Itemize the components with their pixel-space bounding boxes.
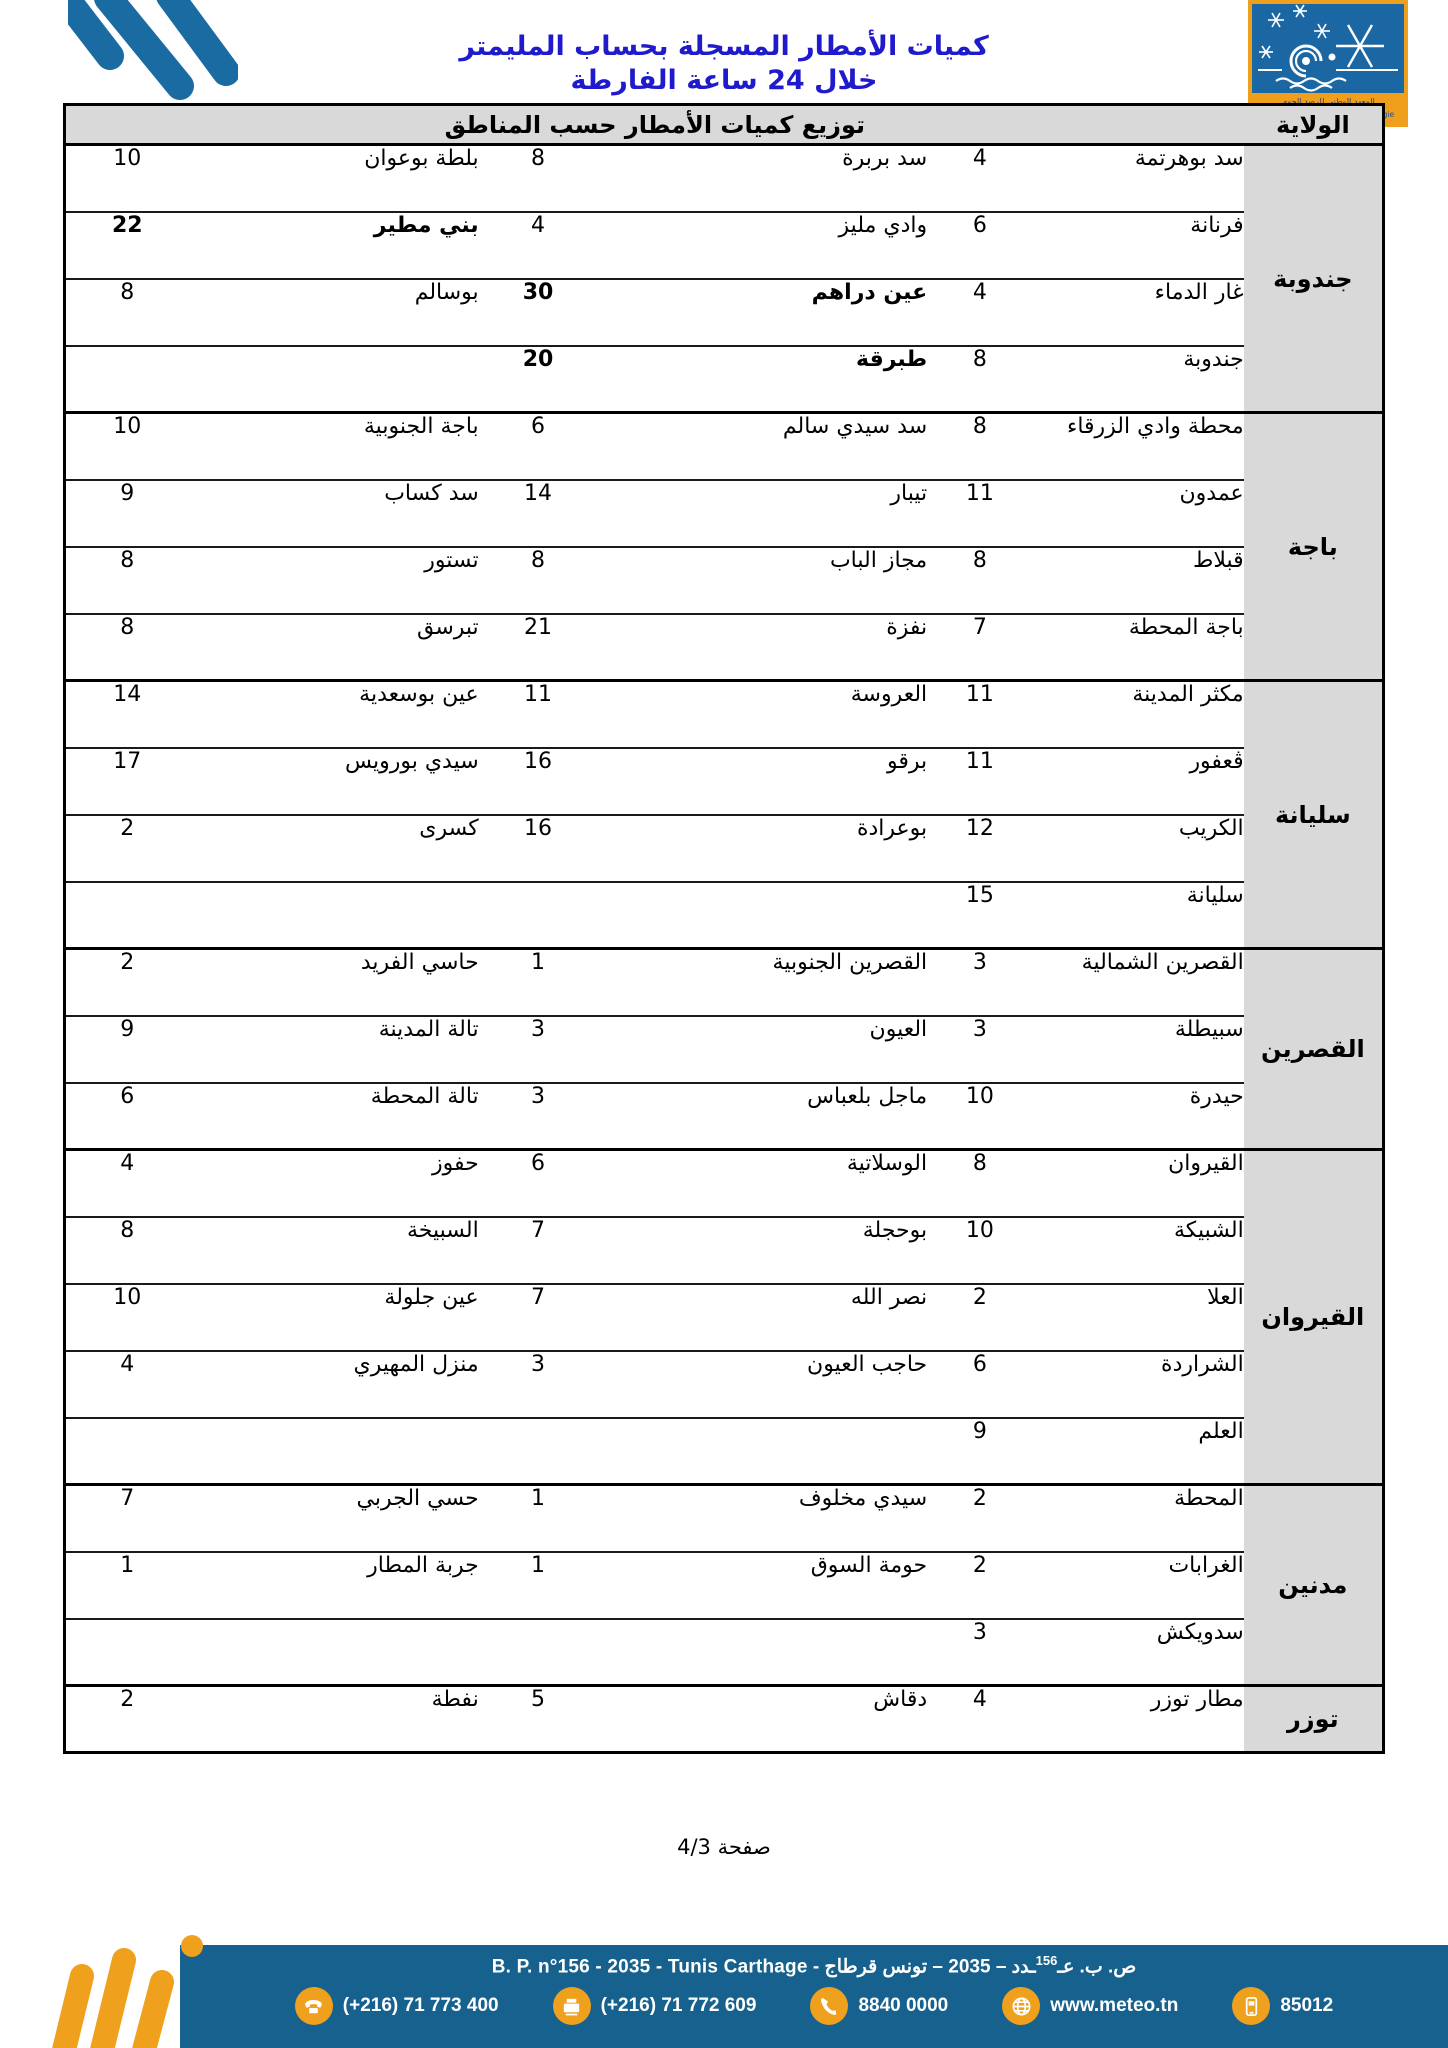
wilaya-cell: سليانة	[1244, 681, 1384, 949]
station-cell: العروسة	[597, 681, 927, 748]
station-cell	[189, 1418, 479, 1485]
contact-item: 8840 0000	[810, 1987, 948, 2025]
station-cell: تالة المحطة	[189, 1083, 479, 1150]
rainfall-value-cell: 17	[65, 748, 189, 815]
rainfall-value-cell	[65, 346, 189, 413]
table-row: سليانةمكثر المدينة11العروسة11عين بوسعدية…	[65, 681, 1384, 748]
station-cell: ڨعفور	[1033, 748, 1244, 815]
station-cell: تستور	[189, 547, 479, 614]
rainfall-value-cell: 3	[479, 1083, 598, 1150]
station-cell: وادي مليز	[597, 212, 927, 279]
station-cell: سد كساب	[189, 480, 479, 547]
station-cell: غار الدماء	[1033, 279, 1244, 346]
rainfall-value-cell: 1	[479, 949, 598, 1016]
document-page: كميات الأمطار المسجلة بحساب المليمتر خلا…	[0, 0, 1448, 2048]
rainfall-value-cell: 15	[927, 882, 1033, 949]
station-cell: حاسي الفريد	[189, 949, 479, 1016]
rainfall-value-cell: 21	[479, 614, 598, 681]
rainfall-value-cell: 30	[479, 279, 598, 346]
rainfall-value-cell: 6	[927, 212, 1033, 279]
station-cell: عين جلولة	[189, 1284, 479, 1351]
station-cell: سبيطلة	[1033, 1016, 1244, 1083]
rainfall-value-cell: 4	[927, 279, 1033, 346]
rainfall-value-cell: 10	[65, 1284, 189, 1351]
rainfall-value-cell	[65, 882, 189, 949]
rainfall-value-cell: 3	[479, 1016, 598, 1083]
station-cell: بوعرادة	[597, 815, 927, 882]
rainfall-value-cell: 8	[479, 547, 598, 614]
contact-item: 85012	[1232, 1987, 1333, 2025]
station-cell: الغرابات	[1033, 1552, 1244, 1619]
footer-stripes-logo	[40, 1922, 230, 2048]
address-line: ص. ب. عـ156ـدد – 2035 – تونس قرطاج - B. …	[180, 1953, 1448, 1978]
station-cell: بوحجلة	[597, 1217, 927, 1284]
rainfall-value-cell: 4	[65, 1150, 189, 1217]
rainfall-value-cell: 11	[927, 681, 1033, 748]
station-cell: نفطة	[189, 1686, 479, 1753]
station-cell: جندوبة	[1033, 346, 1244, 413]
mobile-icon	[1232, 1987, 1270, 2025]
table-row: القيروانالقيروان8الوسلاتية6حفوز4	[65, 1150, 1384, 1217]
table-row: الشراردة6حاجب العيون3منزل المهيري4	[65, 1351, 1384, 1418]
station-cell	[597, 1418, 927, 1485]
table-row: قبلاط8مجاز الباب8تستور8	[65, 547, 1384, 614]
rainfall-value-cell: 14	[479, 480, 598, 547]
rainfall-value-cell: 16	[479, 815, 598, 882]
contact-text: (+216) 71 773 400	[343, 1995, 499, 2017]
table-header-row: الولاية توزيع كميات الأمطار حسب المناطق	[65, 105, 1384, 145]
rainfall-value-cell: 2	[65, 815, 189, 882]
rainfall-value-cell: 8	[65, 279, 189, 346]
station-cell: بني مطير	[189, 212, 479, 279]
globe-icon	[1002, 1987, 1040, 2025]
rainfall-value-cell: 10	[927, 1083, 1033, 1150]
table-row: العلم9	[65, 1418, 1384, 1485]
station-cell: طبرقة	[597, 346, 927, 413]
address-latin: B. P. n°156 - 2035 - Tunis Carthage	[492, 1956, 808, 1977]
station-cell: نفزة	[597, 614, 927, 681]
contact-item: www.meteo.tn	[1002, 1987, 1178, 2025]
station-cell: القيروان	[1033, 1150, 1244, 1217]
rainfall-value-cell: 2	[927, 1284, 1033, 1351]
station-cell: ماجل بلعباس	[597, 1083, 927, 1150]
rainfall-value-cell	[479, 1619, 598, 1686]
rainfall-value-cell: 14	[65, 681, 189, 748]
rainfall-value-cell: 10	[927, 1217, 1033, 1284]
rainfall-value-cell: 8	[65, 547, 189, 614]
station-cell: قبلاط	[1033, 547, 1244, 614]
rainfall-value-cell: 4	[927, 145, 1033, 212]
rainfall-value-cell: 7	[479, 1284, 598, 1351]
handset-icon	[810, 1987, 848, 2025]
rainfall-value-cell: 1	[479, 1485, 598, 1552]
station-cell: سد بربرة	[597, 145, 927, 212]
station-cell: جربة المطار	[189, 1552, 479, 1619]
page-title: كميات الأمطار المسجلة بحساب المليمتر خلا…	[0, 30, 1448, 98]
wilaya-cell: جندوبة	[1244, 145, 1384, 413]
rainfall-value-cell: 3	[927, 949, 1033, 1016]
rainfall-value-cell: 9	[927, 1418, 1033, 1485]
station-cell	[597, 882, 927, 949]
station-cell: الوسلاتية	[597, 1150, 927, 1217]
rainfall-value-cell: 3	[927, 1619, 1033, 1686]
rainfall-value-cell	[479, 882, 598, 949]
station-cell: الشبيكة	[1033, 1217, 1244, 1284]
rainfall-value-cell: 8	[927, 413, 1033, 480]
station-cell: عين دراهم	[597, 279, 927, 346]
rainfall-value-cell: 4	[65, 1351, 189, 1418]
rainfall-value-cell: 8	[65, 614, 189, 681]
station-cell: حاجب العيون	[597, 1351, 927, 1418]
rainfall-value-cell: 8	[927, 547, 1033, 614]
station-cell: السبيخة	[189, 1217, 479, 1284]
page-number: صفحة 4/3	[0, 1835, 1448, 1859]
table-row: الكريب12بوعرادة16كسرى2	[65, 815, 1384, 882]
station-cell: القصرين الشمالية	[1033, 949, 1244, 1016]
rainfall-value-cell: 3	[927, 1016, 1033, 1083]
table-row: باجة المحطة7نفزة21تبرسق8	[65, 614, 1384, 681]
station-cell: برقو	[597, 748, 927, 815]
station-cell: باجة الجنوبية	[189, 413, 479, 480]
rainfall-value-cell: 11	[927, 480, 1033, 547]
station-cell: حومة السوق	[597, 1552, 927, 1619]
distribution-header: توزيع كميات الأمطار حسب المناطق	[65, 105, 1244, 145]
station-cell: تيبار	[597, 480, 927, 547]
rainfall-value-cell: 2	[927, 1552, 1033, 1619]
station-cell: باجة المحطة	[1033, 614, 1244, 681]
table-row: فرنانة6وادي مليز4بني مطير22	[65, 212, 1384, 279]
wilaya-cell: توزر	[1244, 1686, 1384, 1753]
station-cell: حفوز	[189, 1150, 479, 1217]
table-row: توزرمطار توزر4دقاش5نفطة2	[65, 1686, 1384, 1753]
rainfall-value-cell: 2	[65, 949, 189, 1016]
rainfall-value-cell: 6	[927, 1351, 1033, 1418]
station-cell: سد بوهرتمة	[1033, 145, 1244, 212]
station-cell: كسرى	[189, 815, 479, 882]
station-cell: العلم	[1033, 1418, 1244, 1485]
rainfall-value-cell: 12	[927, 815, 1033, 882]
rainfall-value-cell: 8	[479, 145, 598, 212]
rainfall-value-cell: 16	[479, 748, 598, 815]
station-cell: الشراردة	[1033, 1351, 1244, 1418]
station-cell	[189, 1619, 479, 1686]
station-cell: مكثر المدينة	[1033, 681, 1244, 748]
rainfall-value-cell: 11	[927, 748, 1033, 815]
station-cell: دقاش	[597, 1686, 927, 1753]
website-link[interactable]: www.meteo.tn	[1050, 1995, 1178, 2017]
rain-table: الولاية توزيع كميات الأمطار حسب المناطق …	[63, 103, 1385, 1754]
rainfall-value-cell: 1	[65, 1552, 189, 1619]
rainfall-value-cell: 2	[65, 1686, 189, 1753]
station-cell: مطار توزر	[1033, 1686, 1244, 1753]
wilaya-cell: القصرين	[1244, 949, 1384, 1150]
table-row: سبيطلة3العيون3تالة المدينة9	[65, 1016, 1384, 1083]
rainfall-value-cell: 22	[65, 212, 189, 279]
rainfall-value-cell: 10	[65, 413, 189, 480]
rainfall-value-cell: 5	[479, 1686, 598, 1753]
rainfall-value-cell	[65, 1619, 189, 1686]
rainfall-value-cell: 9	[65, 480, 189, 547]
contact-text: (+216) 71 772 609	[601, 1995, 757, 2017]
table-row: ڨعفور11برقو16سيدي بورويس17	[65, 748, 1384, 815]
rainfall-value-cell: 1	[479, 1552, 598, 1619]
station-cell: حسي الجربي	[189, 1485, 479, 1552]
table-row: غار الدماء4عين دراهم30بوسالم8	[65, 279, 1384, 346]
rainfall-value-cell: 7	[65, 1485, 189, 1552]
station-cell: نصر الله	[597, 1284, 927, 1351]
address-po-box-number: 156	[1036, 1953, 1058, 1968]
station-cell	[189, 882, 479, 949]
contact-text: 85012	[1280, 1995, 1333, 2017]
table-row: جندوبة8طبرقة20	[65, 346, 1384, 413]
station-cell: بوسالم	[189, 279, 479, 346]
address-arabic-post: ـدد – 2035 – تونس قرطاج -	[813, 1956, 1036, 1977]
station-cell: تالة المدينة	[189, 1016, 479, 1083]
rainfall-value-cell	[65, 1418, 189, 1485]
station-cell: بلطة بوعوان	[189, 145, 479, 212]
contact-item: (+216) 71 772 609	[553, 1987, 757, 2025]
table-row: جندوبةسد بوهرتمة4سد بربرة8بلطة بوعوان10	[65, 145, 1384, 212]
rainfall-value-cell: 9	[65, 1016, 189, 1083]
table-row: باجةمحطة وادي الزرقاء8سد سيدي سالم6باجة …	[65, 413, 1384, 480]
contact-text: 8840 0000	[858, 1995, 948, 2017]
station-cell: حيدرة	[1033, 1083, 1244, 1150]
table-row: الغرابات2حومة السوق1جربة المطار1	[65, 1552, 1384, 1619]
station-cell	[597, 1619, 927, 1686]
table-row: الشبيكة10بوحجلة7السبيخة8	[65, 1217, 1384, 1284]
rainfall-value-cell: 4	[927, 1686, 1033, 1753]
station-cell: القصرين الجنوبية	[597, 949, 927, 1016]
title-line-2: خلال 24 ساعة الفارطة	[0, 64, 1448, 98]
rainfall-value-cell: 6	[479, 1150, 598, 1217]
rainfall-value-cell: 6	[479, 413, 598, 480]
rainfall-value-cell	[479, 1418, 598, 1485]
station-cell: عمدون	[1033, 480, 1244, 547]
wilaya-cell: القيروان	[1244, 1150, 1384, 1485]
fax-icon	[553, 1987, 591, 2025]
rainfall-value-cell: 7	[927, 614, 1033, 681]
rainfall-value-cell: 7	[479, 1217, 598, 1284]
rainfall-value-cell: 4	[479, 212, 598, 279]
station-cell: المحطة	[1033, 1485, 1244, 1552]
station-cell: الكريب	[1033, 815, 1244, 882]
rainfall-value-cell: 8	[65, 1217, 189, 1284]
station-cell: فرنانة	[1033, 212, 1244, 279]
rainfall-value-cell: 3	[479, 1351, 598, 1418]
station-cell: العلا	[1033, 1284, 1244, 1351]
station-cell: سيدي مخلوف	[597, 1485, 927, 1552]
rainfall-value-cell: 10	[65, 145, 189, 212]
station-cell: سدويكش	[1033, 1619, 1244, 1686]
contact-item: (+216) 71 773 400	[295, 1987, 499, 2025]
station-cell: محطة وادي الزرقاء	[1033, 413, 1244, 480]
station-cell: منزل المهيري	[189, 1351, 479, 1418]
table-row: القصرينالقصرين الشمالية3القصرين الجنوبية…	[65, 949, 1384, 1016]
station-cell	[189, 346, 479, 413]
contact-row: (+216) 71 773 400(+216) 71 772 6098840 0…	[180, 1987, 1448, 2025]
title-line-1: كميات الأمطار المسجلة بحساب المليمتر	[0, 30, 1448, 64]
table-row: العلا2نصر الله7عين جلولة10	[65, 1284, 1384, 1351]
rainfall-value-cell: 6	[65, 1083, 189, 1150]
rain-table-body: جندوبةسد بوهرتمة4سد بربرة8بلطة بوعوان10ف…	[65, 145, 1384, 1753]
station-cell: تبرسق	[189, 614, 479, 681]
station-cell: العيون	[597, 1016, 927, 1083]
table-row: سدويكش3	[65, 1619, 1384, 1686]
rainfall-value-cell: 20	[479, 346, 598, 413]
phone-icon	[295, 1987, 333, 2025]
rainfall-value-cell: 11	[479, 681, 598, 748]
table-row: حيدرة10ماجل بلعباس3تالة المحطة6	[65, 1083, 1384, 1150]
station-cell: مجاز الباب	[597, 547, 927, 614]
table-row: مدنينالمحطة2سيدي مخلوف1حسي الجربي7	[65, 1485, 1384, 1552]
rainfall-value-cell: 2	[927, 1485, 1033, 1552]
station-cell: سد سيدي سالم	[597, 413, 927, 480]
rainfall-value-cell: 8	[927, 1150, 1033, 1217]
footer-content: ص. ب. عـ156ـدد – 2035 – تونس قرطاج - B. …	[180, 1945, 1448, 2048]
station-cell: عين بوسعدية	[189, 681, 479, 748]
station-cell: سيدي بورويس	[189, 748, 479, 815]
wilaya-cell: باجة	[1244, 413, 1384, 681]
wilaya-header: الولاية	[1244, 105, 1384, 145]
table-row: سليانة15	[65, 882, 1384, 949]
station-cell: سليانة	[1033, 882, 1244, 949]
wilaya-cell: مدنين	[1244, 1485, 1384, 1686]
address-arabic-pre: ص. ب. عـ	[1057, 1956, 1136, 1977]
rainfall-value-cell: 8	[927, 346, 1033, 413]
table-row: عمدون11تيبار14سد كساب9	[65, 480, 1384, 547]
